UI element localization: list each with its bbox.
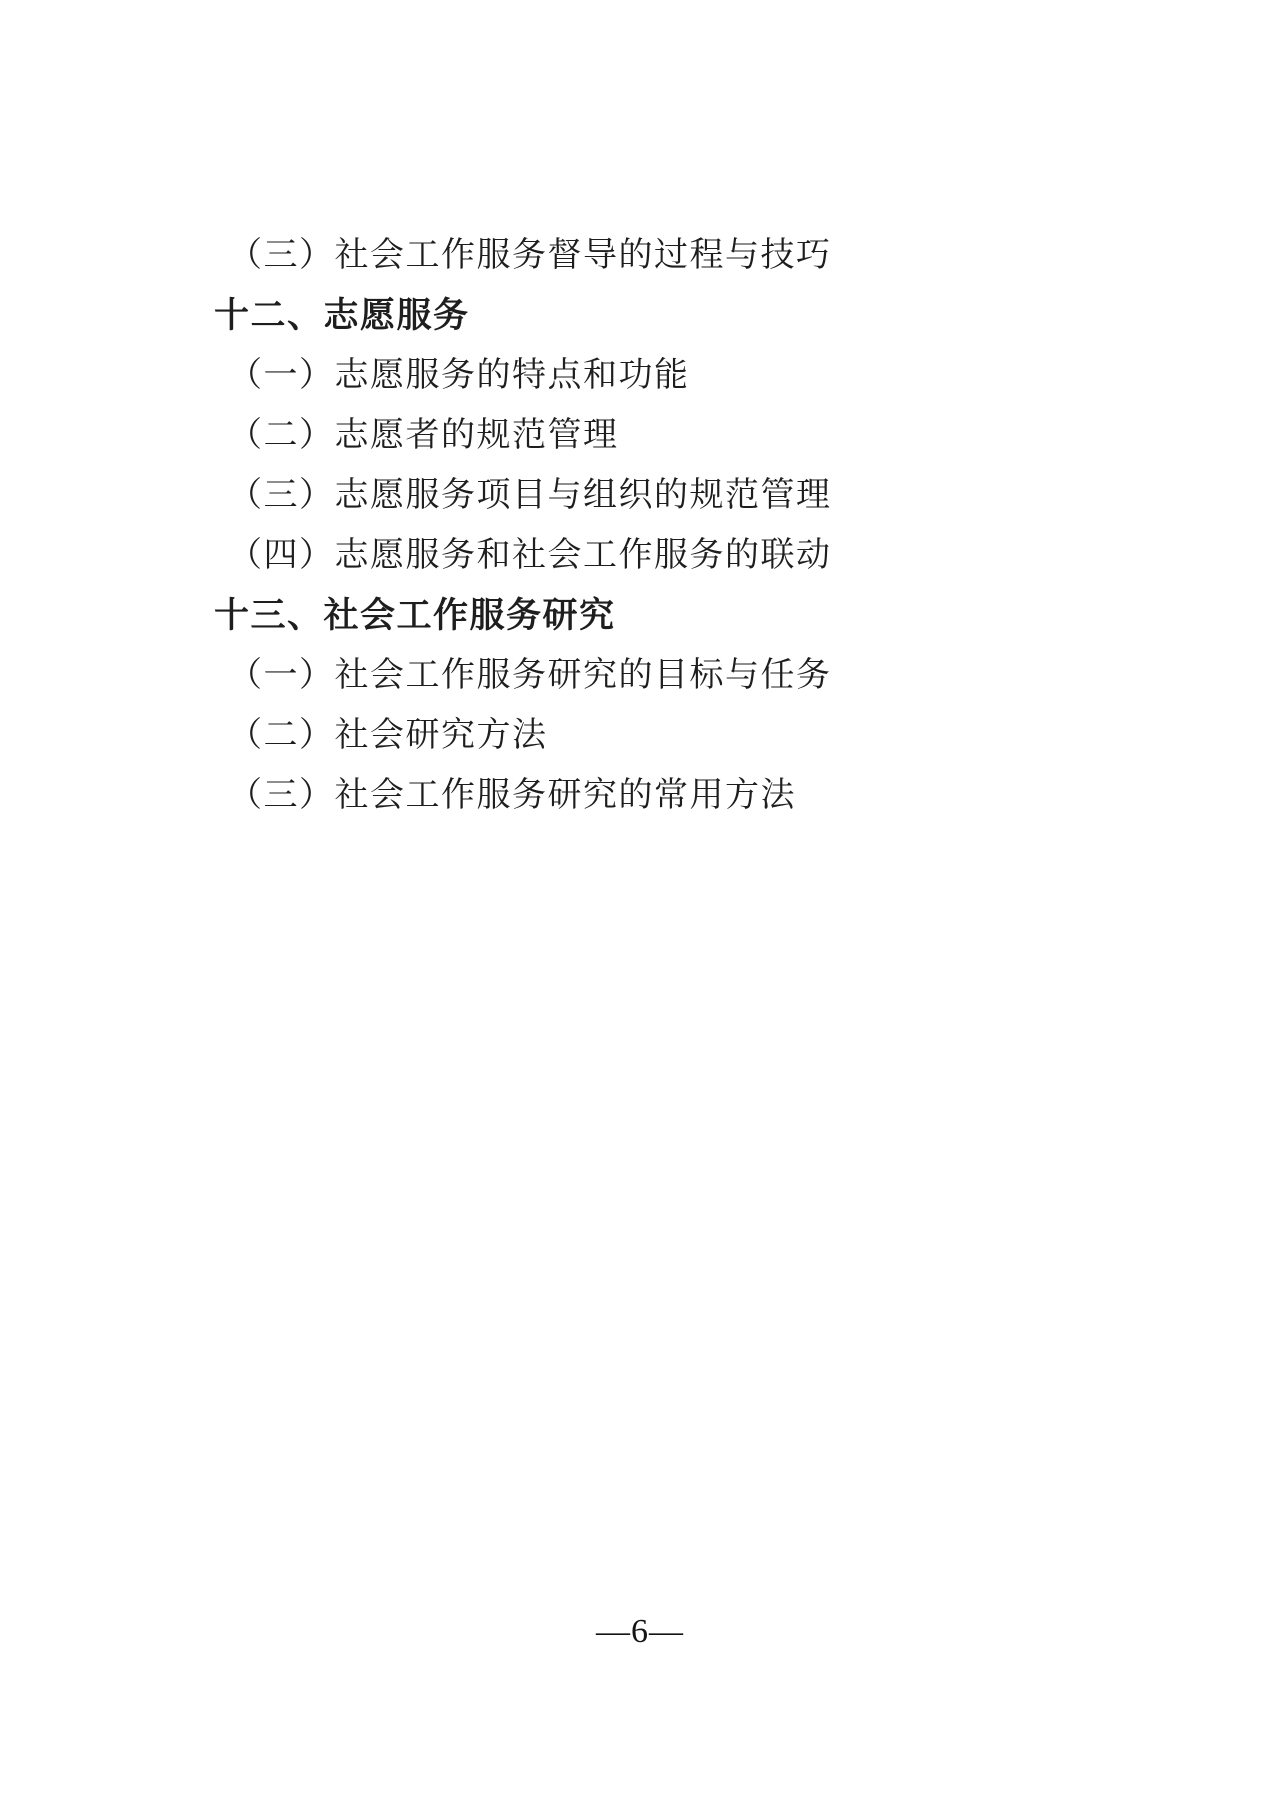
outline-item: （四）志愿服务和社会工作服务的联动 bbox=[228, 526, 1148, 586]
outline-item: （二）志愿者的规范管理 bbox=[228, 406, 1148, 466]
section-heading: 十二、志愿服务 bbox=[214, 286, 1148, 346]
outline-item: （三）社会工作服务督导的过程与技巧 bbox=[228, 226, 1148, 286]
outline-item: （二）社会研究方法 bbox=[228, 706, 1148, 766]
outline-item: （三）社会工作服务研究的常用方法 bbox=[228, 766, 1148, 826]
outline-item: （一）志愿服务的特点和功能 bbox=[228, 346, 1148, 406]
page-number: —6— bbox=[0, 1610, 1280, 1654]
document-page: （三）社会工作服务督导的过程与技巧十二、志愿服务（一）志愿服务的特点和功能（二）… bbox=[0, 0, 1280, 1810]
section-heading: 十三、社会工作服务研究 bbox=[214, 586, 1148, 646]
outline-item: （三）志愿服务项目与组织的规范管理 bbox=[228, 466, 1148, 526]
toc-outline-block: （三）社会工作服务督导的过程与技巧十二、志愿服务（一）志愿服务的特点和功能（二）… bbox=[228, 226, 1148, 826]
outline-item: （一）社会工作服务研究的目标与任务 bbox=[228, 646, 1148, 706]
